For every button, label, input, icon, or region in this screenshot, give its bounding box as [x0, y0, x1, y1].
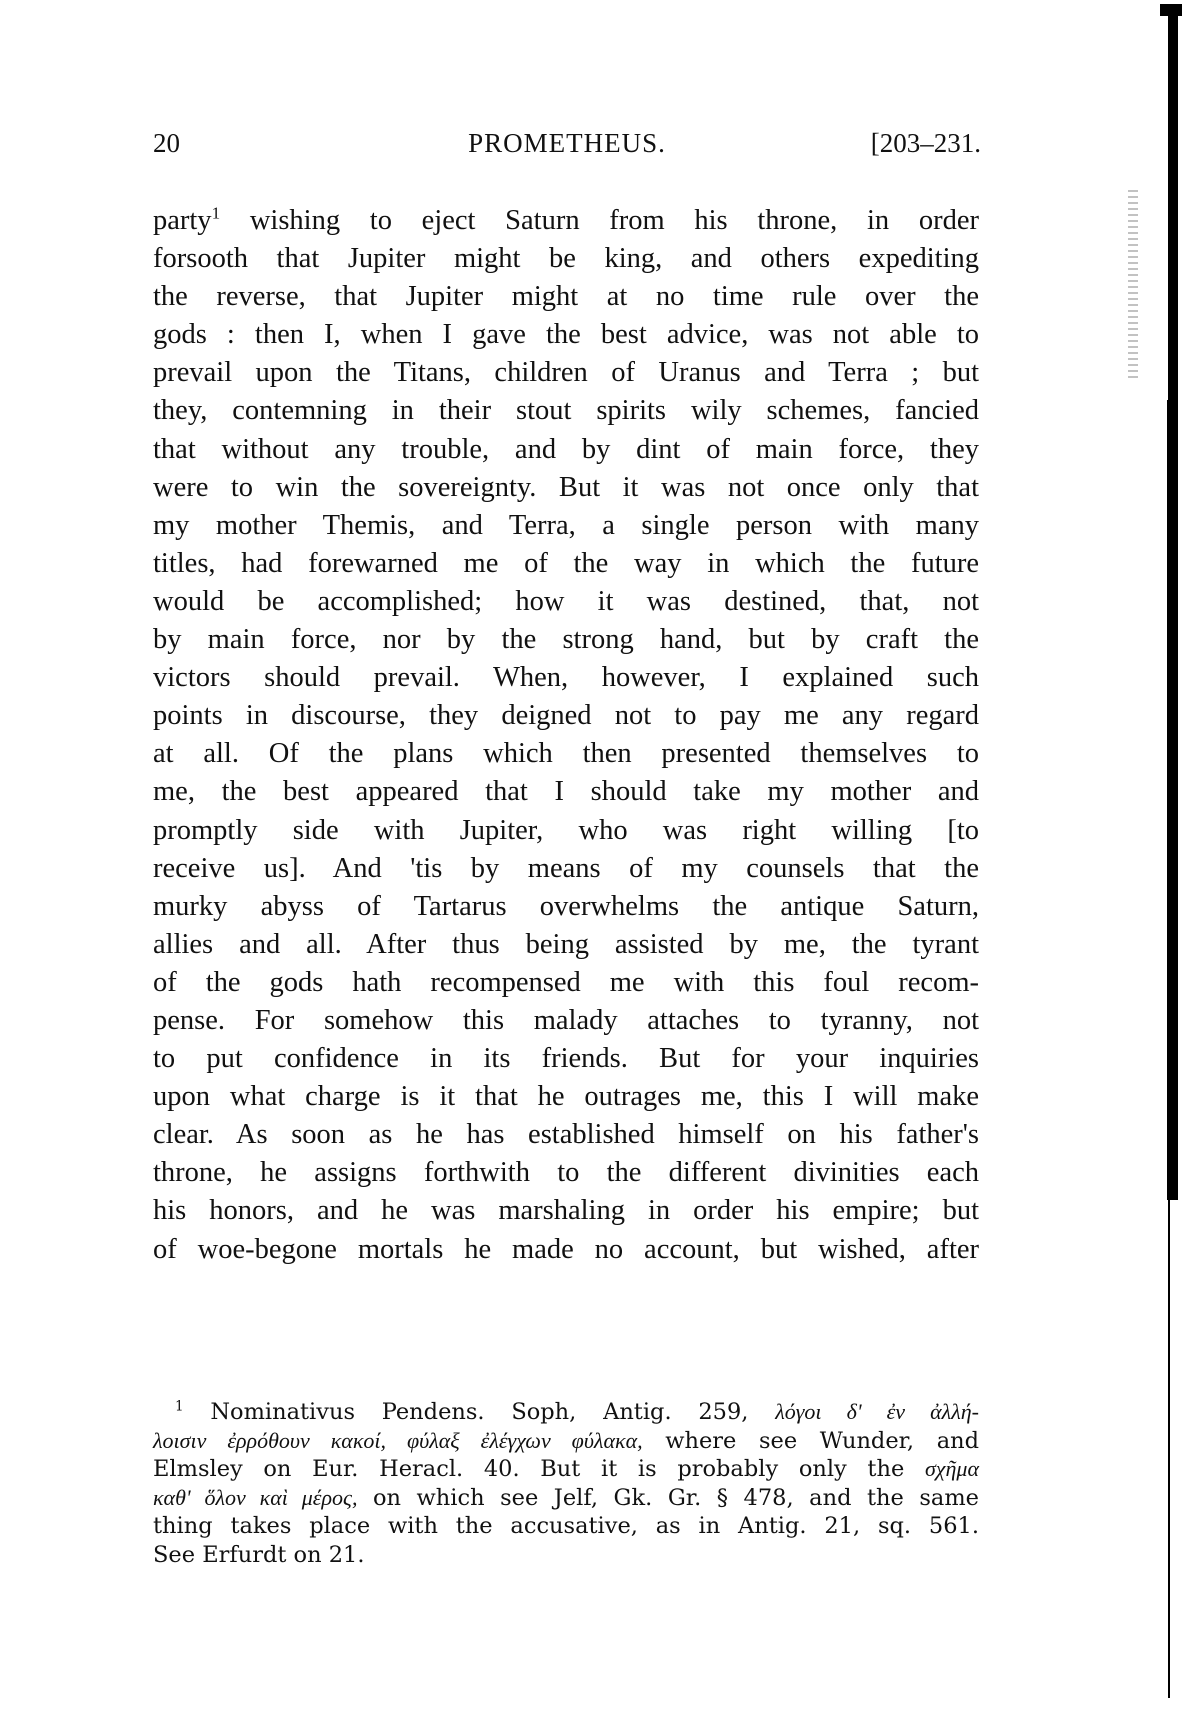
text-line: his honors, and he was marshaling in ord…: [153, 1192, 979, 1230]
footnote: 1 Nominativus Pendens. Soph, Antig. 259,…: [153, 1398, 979, 1569]
text-line: my mother Themis, and Terra, a single pe…: [153, 507, 979, 545]
main-text: party1 wishing to eject Saturn from his …: [153, 202, 979, 1269]
footnote-marker: 1: [175, 1399, 184, 1415]
text-line: that without any trouble, and by dint of…: [153, 431, 979, 469]
running-title: PROMETHEUS.: [153, 128, 981, 159]
text-line: by main force, nor by the strong hand, b…: [153, 621, 979, 659]
footnote-line: καθ' ὅλον καὶ μέρος, on which see Jelf, …: [153, 1484, 979, 1513]
text-line: titles, had forewarned me of the way in …: [153, 545, 979, 583]
text-line: murky abyss of Tartarus overwhelms the a…: [153, 888, 979, 926]
binding-edge-line: [1168, 1200, 1170, 1698]
footnote-line: 1 Nominativus Pendens. Soph, Antig. 259,…: [153, 1398, 979, 1427]
scan-noise: [1128, 190, 1138, 380]
text-line: prevail upon the Titans, children of Ura…: [153, 354, 979, 392]
footnote-line: thing takes place with the accusative, a…: [153, 1512, 979, 1541]
text-fragment: Nominativus Pendens. Soph, Antig. 259,: [184, 1399, 776, 1425]
text-fragment: party: [153, 205, 212, 236]
text-line: receive us]. And 'tis by means of my cou…: [153, 850, 979, 888]
text-line: pense. For somehow this malady attaches …: [153, 1002, 979, 1040]
greek-quote: καθ' ὅλον καὶ μέρος,: [153, 1485, 357, 1510]
text-line: me, the best appeared that I should take…: [153, 773, 979, 811]
text-fragment: where see Wunder, and: [643, 1428, 979, 1454]
footnote-line: See Erfurdt on 21.: [153, 1541, 979, 1570]
text-line: clear. As soon as he has established him…: [153, 1116, 979, 1154]
text-line: party1 wishing to eject Saturn from his …: [153, 202, 979, 240]
text-line: points in discourse, they deigned not to…: [153, 697, 979, 735]
text-line: would be accomplished; how it was destin…: [153, 583, 979, 621]
text-line: gods : then I, when I gave the best advi…: [153, 316, 979, 354]
binding-edge-shadow: [1168, 8, 1178, 400]
text-line: upon what charge is it that he outrages …: [153, 1078, 979, 1116]
text-fragment: on which see Jelf, Gk. Gr. § 478, and th…: [357, 1485, 979, 1511]
text-line: they, contemning in their stout spirits …: [153, 392, 979, 430]
text-line: throne, he assigns forthwith to the diff…: [153, 1154, 979, 1192]
text-line: the reverse, that Jupiter might at no ti…: [153, 278, 979, 316]
footnote-line: Elmsley on Eur. Heracl. 40. But it is pr…: [153, 1455, 979, 1484]
text-line: at all. Of the plans which then presente…: [153, 735, 979, 773]
text-line: of the gods hath recompensed me with thi…: [153, 964, 979, 1002]
text-line: forsooth that Jupiter might be king, and…: [153, 240, 979, 278]
binding-edge-shadow: [1167, 400, 1178, 1200]
text-line: promptly side with Jupiter, who was righ…: [153, 812, 979, 850]
text-fragment: wishing to eject Saturn from his throne,…: [220, 205, 979, 236]
text-fragment: Elmsley on Eur. Heracl. 40. But it is pr…: [153, 1456, 925, 1482]
greek-quote: σχῆμα: [925, 1456, 979, 1481]
greek-quote: λόγοι δ' ἐν ἀλλή-: [775, 1399, 979, 1424]
text-line: victors should prevail. When, however, I…: [153, 659, 979, 697]
greek-quote: λοισιν ἐρρόθουν κακοί, φύλαξ ἐλέγχων φύλ…: [153, 1428, 643, 1453]
running-header: 20 PROMETHEUS. [203–231.: [153, 128, 981, 168]
line-range: [203–231.: [871, 128, 981, 159]
text-line: allies and all. After thus being assiste…: [153, 926, 979, 964]
footnote-line: λοισιν ἐρρόθουν κακοί, φύλαξ ἐλέγχων φύλ…: [153, 1427, 979, 1456]
text-line: of woe-begone mortals he made no account…: [153, 1231, 979, 1269]
footnote-ref: 1: [212, 204, 221, 223]
text-line: were to win the sovereignty. But it was …: [153, 469, 979, 507]
text-line: to put confidence in its friends. But fo…: [153, 1040, 979, 1078]
